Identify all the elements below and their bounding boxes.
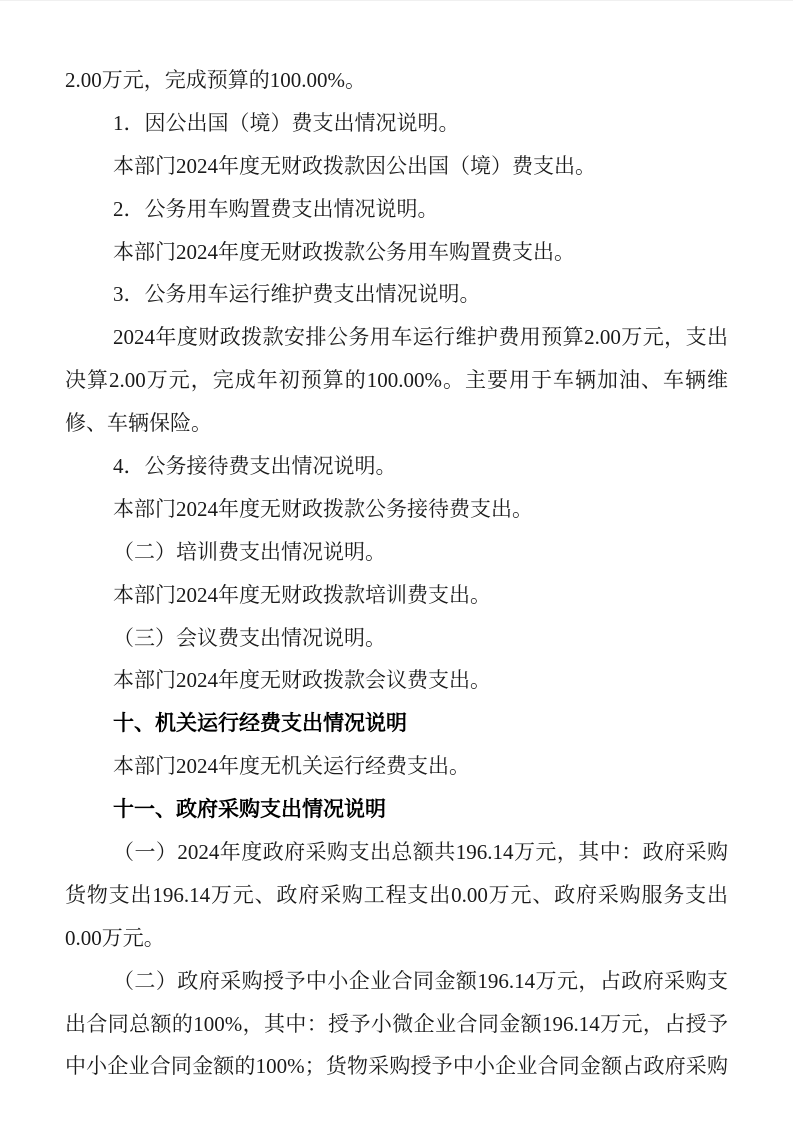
text-line: （三）会议费支出情况说明。 xyxy=(65,617,728,660)
text-line: 本部门2024年度无财政拨款公务接待费支出。 xyxy=(65,488,728,531)
text-line: （一）2024年度政府采购支出总额共196.14万元，其中：政府采购 xyxy=(65,831,728,874)
text-line: 本部门2024年度无财政拨款会议费支出。 xyxy=(65,659,728,702)
text-line: 本部门2024年度无财政拨款培训费支出。 xyxy=(65,574,728,617)
text-line: 4．公务接待费支出情况说明。 xyxy=(65,445,728,488)
text-line: 1．因公出国（境）费支出情况说明。 xyxy=(65,102,728,145)
section-heading: 十一、政府采购支出情况说明 xyxy=(65,788,728,831)
text-line: 决算2.00万元，完成年初预算的100.00%。主要用于车辆加油、车辆维 xyxy=(65,359,728,402)
section-heading: 十、机关运行经费支出情况说明 xyxy=(65,702,728,745)
text-line: 本部门2024年度无机关运行经费支出。 xyxy=(65,745,728,788)
text-line: 2024年度财政拨款安排公务用车运行维护费用预算2.00万元，支出 xyxy=(65,316,728,359)
text-line: 2．公务用车购置费支出情况说明。 xyxy=(65,188,728,231)
document-page: 2.00万元，完成预算的100.00%。1．因公出国（境）费支出情况说明。本部门… xyxy=(0,0,793,1122)
text-line: 出合同总额的100%，其中：授予小微企业合同金额196.14万元，占授予 xyxy=(65,1003,728,1046)
text-line: 3．公务用车运行维护费支出情况说明。 xyxy=(65,273,728,316)
text-line: 本部门2024年度无财政拨款公务用车购置费支出。 xyxy=(65,231,728,274)
text-line: 本部门2024年度无财政拨款因公出国（境）费支出。 xyxy=(65,145,728,188)
text-line: 中小企业合同金额的100%；货物采购授予中小企业合同金额占政府采购 xyxy=(65,1045,728,1088)
text-line: 修、车辆保险。 xyxy=(65,402,728,445)
text-line: 0.00万元。 xyxy=(65,917,728,960)
text-line: 货物支出196.14万元、政府采购工程支出0.00万元、政府采购服务支出 xyxy=(65,874,728,917)
document-body: 2.00万元，完成预算的100.00%。1．因公出国（境）费支出情况说明。本部门… xyxy=(65,59,728,1088)
text-line: （二）培训费支出情况说明。 xyxy=(65,531,728,574)
text-line: （二）政府采购授予中小企业合同金额196.14万元，占政府采购支 xyxy=(65,960,728,1003)
text-line: 2.00万元，完成预算的100.00%。 xyxy=(65,59,728,102)
